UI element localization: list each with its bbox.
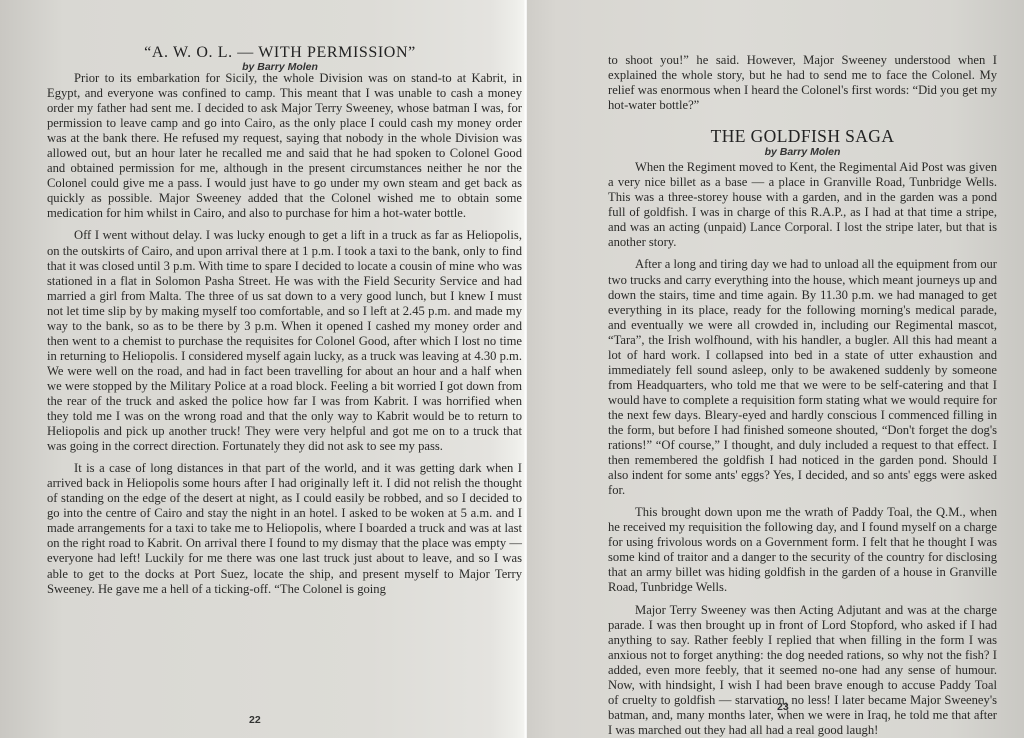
right-page: to shoot you!” he said. However, Major S… [527,0,1024,738]
left-page-body: Prior to its embarkation for Sicily, the… [47,71,522,597]
paragraph: Off I went without delay. I was lucky en… [47,228,522,454]
paragraph: Major Terry Sweeney was then Acting Adju… [608,603,997,738]
paragraph: It is a case of long distances in that p… [47,461,522,596]
paragraph: When the Regiment moved to Kent, the Reg… [608,160,997,250]
left-page: “A. W. O. L. — WITH PERMISSION” by Barry… [0,0,527,738]
open-booklet-spread: “A. W. O. L. — WITH PERMISSION” by Barry… [0,0,1024,738]
paragraph: After a long and tiring day we had to un… [608,257,997,498]
page-number-left: 22 [249,714,261,726]
paragraph: Prior to its embarkation for Sicily, the… [47,71,522,221]
page-number-right: 23 [777,701,789,713]
byline-goldfish: by Barry Molen [608,146,997,159]
right-page-body: to shoot you!” he said. However, Major S… [608,53,997,738]
story-title-goldfish: THE GOLDFISH SAGA [608,127,997,145]
paragraph: This brought down upon me the wrath of P… [608,505,997,595]
continuation-paragraph: to shoot you!” he said. However, Major S… [608,53,997,113]
story-title-awol: “A. W. O. L. — WITH PERMISSION” [40,44,520,62]
